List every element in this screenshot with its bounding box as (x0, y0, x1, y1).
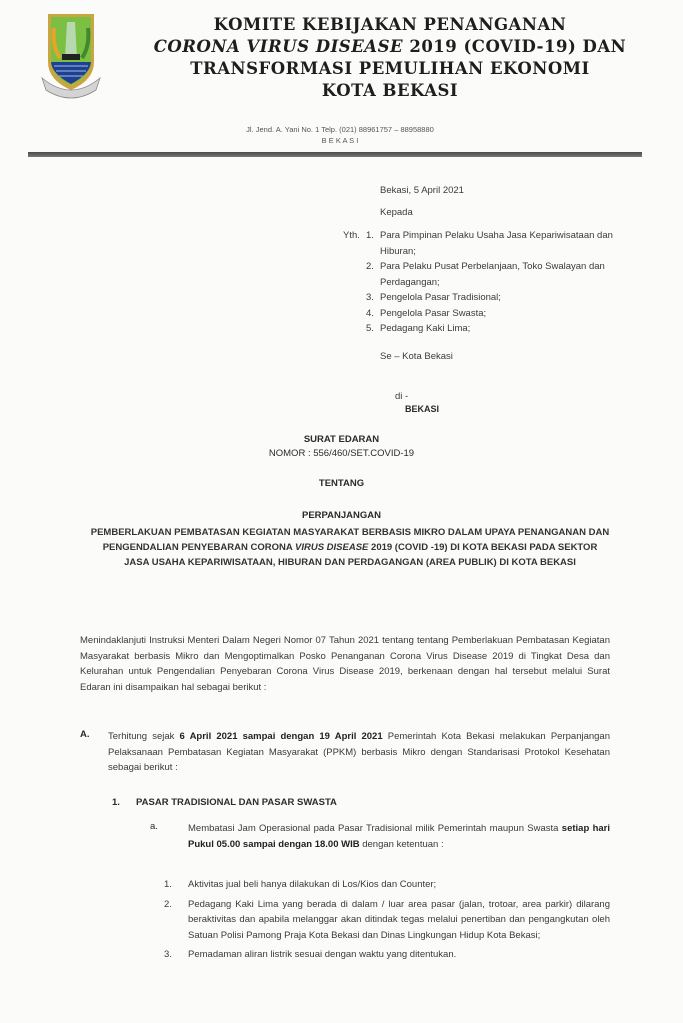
recipient-item: 2.Para Pelaku Pusat Perbelanjaan, Toko S… (366, 259, 636, 290)
letter-page: KOMITE KEBIJAKAN PENANGANAN CORONA VIRUS… (0, 0, 683, 1023)
recipient-item-number: 4. (366, 306, 380, 322)
recipient-item-text: Para Pelaku Pusat Perbelanjaan, Toko Swa… (380, 259, 636, 290)
provision-list: 1.Aktivitas jual beli hanya dilakukan di… (164, 877, 610, 967)
provision-item: 3.Pemadaman aliran listrik sesuai dengan… (164, 947, 610, 963)
tentang-label: TENTANG (0, 478, 683, 489)
recipient-item: 4.Pengelola Pasar Swasta; (366, 306, 636, 322)
kota-bekasi-emblem-icon (40, 10, 102, 105)
provision-item: 2.Pedagang Kaki Lima yang berada di dala… (164, 897, 610, 944)
section-a-label: A. (80, 729, 90, 740)
provision-item-text: Aktivitas jual beli hanya dilakukan di L… (188, 877, 610, 893)
provision-item-number: 1. (164, 877, 188, 893)
yth-label: Yth. (343, 228, 360, 244)
kepada-label: Kepada (380, 205, 413, 221)
letterhead-divider (28, 152, 642, 157)
provision-item-text: Pedagang Kaki Lima yang berada di dalam … (188, 897, 610, 944)
letterhead-line-3: TRANSFORMASI PEMULIHAN EKONOMI (130, 58, 650, 80)
letter-date: Bekasi, 5 April 2021 (380, 183, 464, 199)
point-a-text: Membatasi Jam Operasional pada Pasar Tra… (188, 821, 610, 852)
section-a-text: Terhitung sejak 6 April 2021 sampai deng… (108, 729, 610, 776)
recipient-item-text: Para Pimpinan Pelaku Usaha Jasa Kepariwi… (380, 228, 636, 259)
letterhead-line-2: CORONA VIRUS DISEASE 2019 (COVID-19) DAN (130, 36, 650, 58)
recipient-item-number: 1. (366, 228, 380, 259)
destination-city: BEKASI (405, 404, 439, 414)
provision-item: 1.Aktivitas jual beli hanya dilakukan di… (164, 877, 610, 893)
letterhead-title: KOMITE KEBIJAKAN PENANGANAN CORONA VIRUS… (130, 14, 650, 102)
point-a-label: a. (150, 821, 158, 832)
recipient-item-number: 5. (366, 321, 380, 337)
recipient-list: 1.Para Pimpinan Pelaku Usaha Jasa Kepari… (366, 228, 636, 337)
recipient-item-text: Pengelola Pasar Tradisional; (380, 290, 636, 306)
recipient-item: 3.Pengelola Pasar Tradisional; (366, 290, 636, 306)
subsection-1-number: 1. (112, 797, 120, 808)
surat-edaran-title: SURAT EDARAN (0, 434, 683, 445)
provision-item-number: 3. (164, 947, 188, 963)
letter-number: NOMOR : 556/460/SET.COVID-19 (0, 448, 683, 459)
subsection-1-title: PASAR TRADISIONAL DAN PASAR SWASTA (136, 797, 337, 808)
recipient-item-text: Pengelola Pasar Swasta; (380, 306, 636, 322)
recipient-item-number: 2. (366, 259, 380, 290)
recipient-item: 1.Para Pimpinan Pelaku Usaha Jasa Kepari… (366, 228, 636, 259)
se-kota: Se – Kota Bekasi (380, 349, 453, 365)
di-label: di - (395, 389, 408, 405)
intro-paragraph: Menindaklanjuti Instruksi Menteri Dalam … (80, 633, 610, 695)
subject-text: PEMBERLAKUAN PEMBATASAN KEGIATAN MASYARA… (90, 525, 610, 570)
provision-item-text: Pemadaman aliran listrik sesuai dengan w… (188, 947, 610, 963)
recipient-item: 5.Pedagang Kaki Lima; (366, 321, 636, 337)
provision-item-number: 2. (164, 897, 188, 944)
recipient-item-number: 3. (366, 290, 380, 306)
letterhead-address: Jl. Jend. A. Yani No. 1 Telp. (021) 8896… (150, 124, 530, 146)
letterhead-line-1: KOMITE KEBIJAKAN PENANGANAN (130, 14, 650, 36)
recipient-item-text: Pedagang Kaki Lima; (380, 321, 636, 337)
letterhead-line-4: KOTA BEKASI (130, 80, 650, 102)
subject-head: PERPANJANGAN (0, 510, 683, 521)
